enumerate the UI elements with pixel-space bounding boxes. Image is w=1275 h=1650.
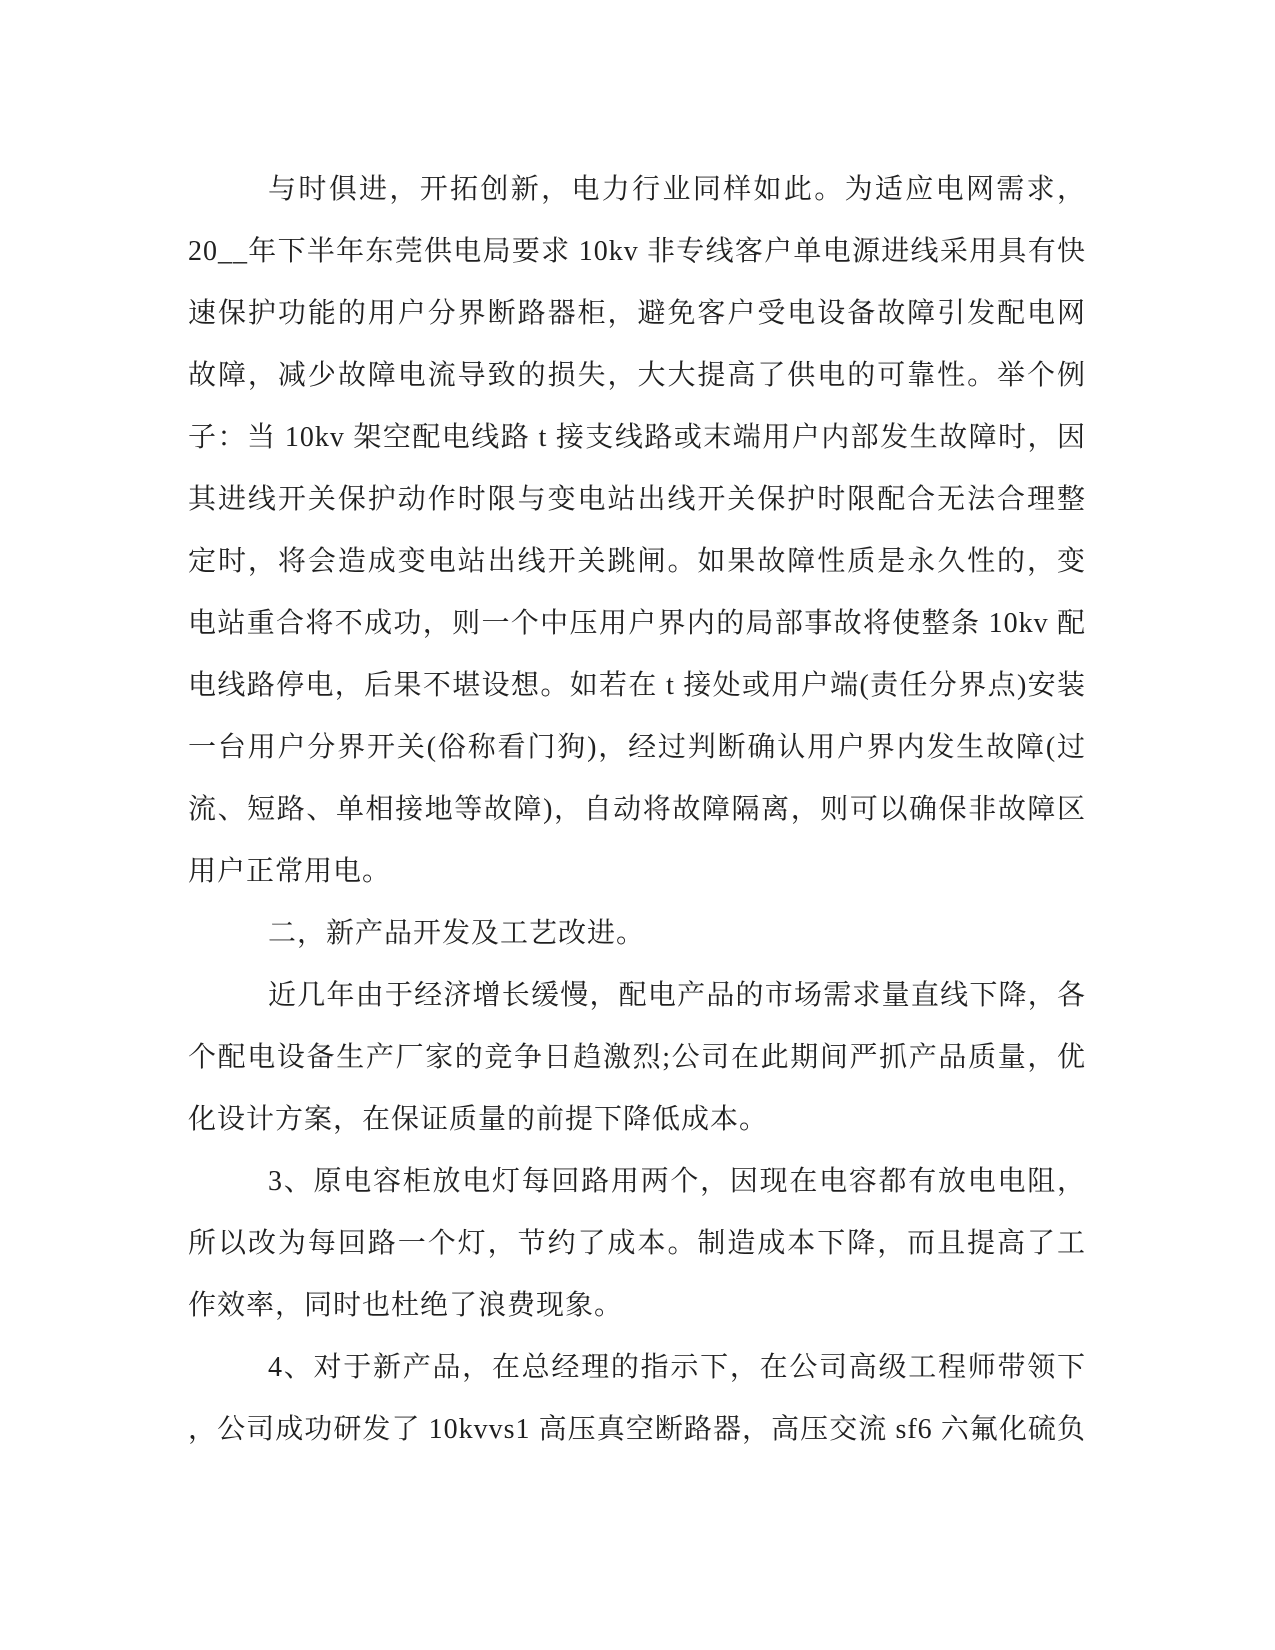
document-line: 二，新产品开发及工艺改进。 (188, 903, 1086, 965)
document-line: 子：当 10kv 架空配电线路 t 接支线路或末端用户内部发生故障时，因 (188, 407, 1086, 469)
document-line: 定时，将会造成变电站出线开关跳闸。如果故障性质是永久性的，变 (188, 531, 1086, 593)
document-page: 与时俱进，开拓创新，电力行业同样如此。为适应电网需求，20__年下半年东莞供电局… (0, 0, 1275, 1650)
document-line: 用户正常用电。 (188, 841, 1086, 903)
document-line: 作效率，同时也杜绝了浪费现象。 (188, 1275, 1086, 1337)
document-line: 一台用户分界开关(俗称看门狗)，经过判断确认用户界内发生故障(过 (188, 717, 1086, 779)
document-body: { "page": { "background_color": "#ffffff… (0, 0, 1275, 1650)
document-line: 化设计方案，在保证质量的前提下降低成本。 (188, 1089, 1086, 1151)
document-line: 速保护功能的用户分界断路器柜，避免客户受电设备故障引发配电网 (188, 283, 1086, 345)
document-line: 其进线开关保护动作时限与变电站出线开关保护时限配合无法合理整 (188, 469, 1086, 531)
document-line: 4、对于新产品，在总经理的指示下，在公司高级工程师带领下 (188, 1337, 1086, 1399)
document-line: 故障，减少故障电流导致的损失，大大提高了供电的可靠性。举个例 (188, 345, 1086, 407)
document-text-block: 与时俱进，开拓创新，电力行业同样如此。为适应电网需求，20__年下半年东莞供电局… (188, 159, 1086, 1461)
document-line: 20__年下半年东莞供电局要求 10kv 非专线客户单电源进线采用具有快 (188, 221, 1086, 283)
document-line: 所以改为每回路一个灯，节约了成本。制造成本下降，而且提高了工 (188, 1213, 1086, 1275)
document-line: 个配电设备生产厂家的竞争日趋激烈;公司在此期间严抓产品质量，优 (188, 1027, 1086, 1089)
document-line: 流、短路、单相接地等故障)，自动将故障隔离，则可以确保非故障区 (188, 779, 1086, 841)
document-line: 3、原电容柜放电灯每回路用两个，因现在电容都有放电电阻， (188, 1151, 1086, 1213)
document-line: ，公司成功研发了 10kvvs1 高压真空断路器，高压交流 sf6 六氟化硫负 (188, 1399, 1086, 1461)
document-line: 电站重合将不成功，则一个中压用户界内的局部事故将使整条 10kv 配 (188, 593, 1086, 655)
document-line: 近几年由于经济增长缓慢，配电产品的市场需求量直线下降，各 (188, 965, 1086, 1027)
document-line: 电线路停电，后果不堪设想。如若在 t 接处或用户端(责任分界点)安装 (188, 655, 1086, 717)
document-line: 与时俱进，开拓创新，电力行业同样如此。为适应电网需求， (188, 159, 1086, 221)
